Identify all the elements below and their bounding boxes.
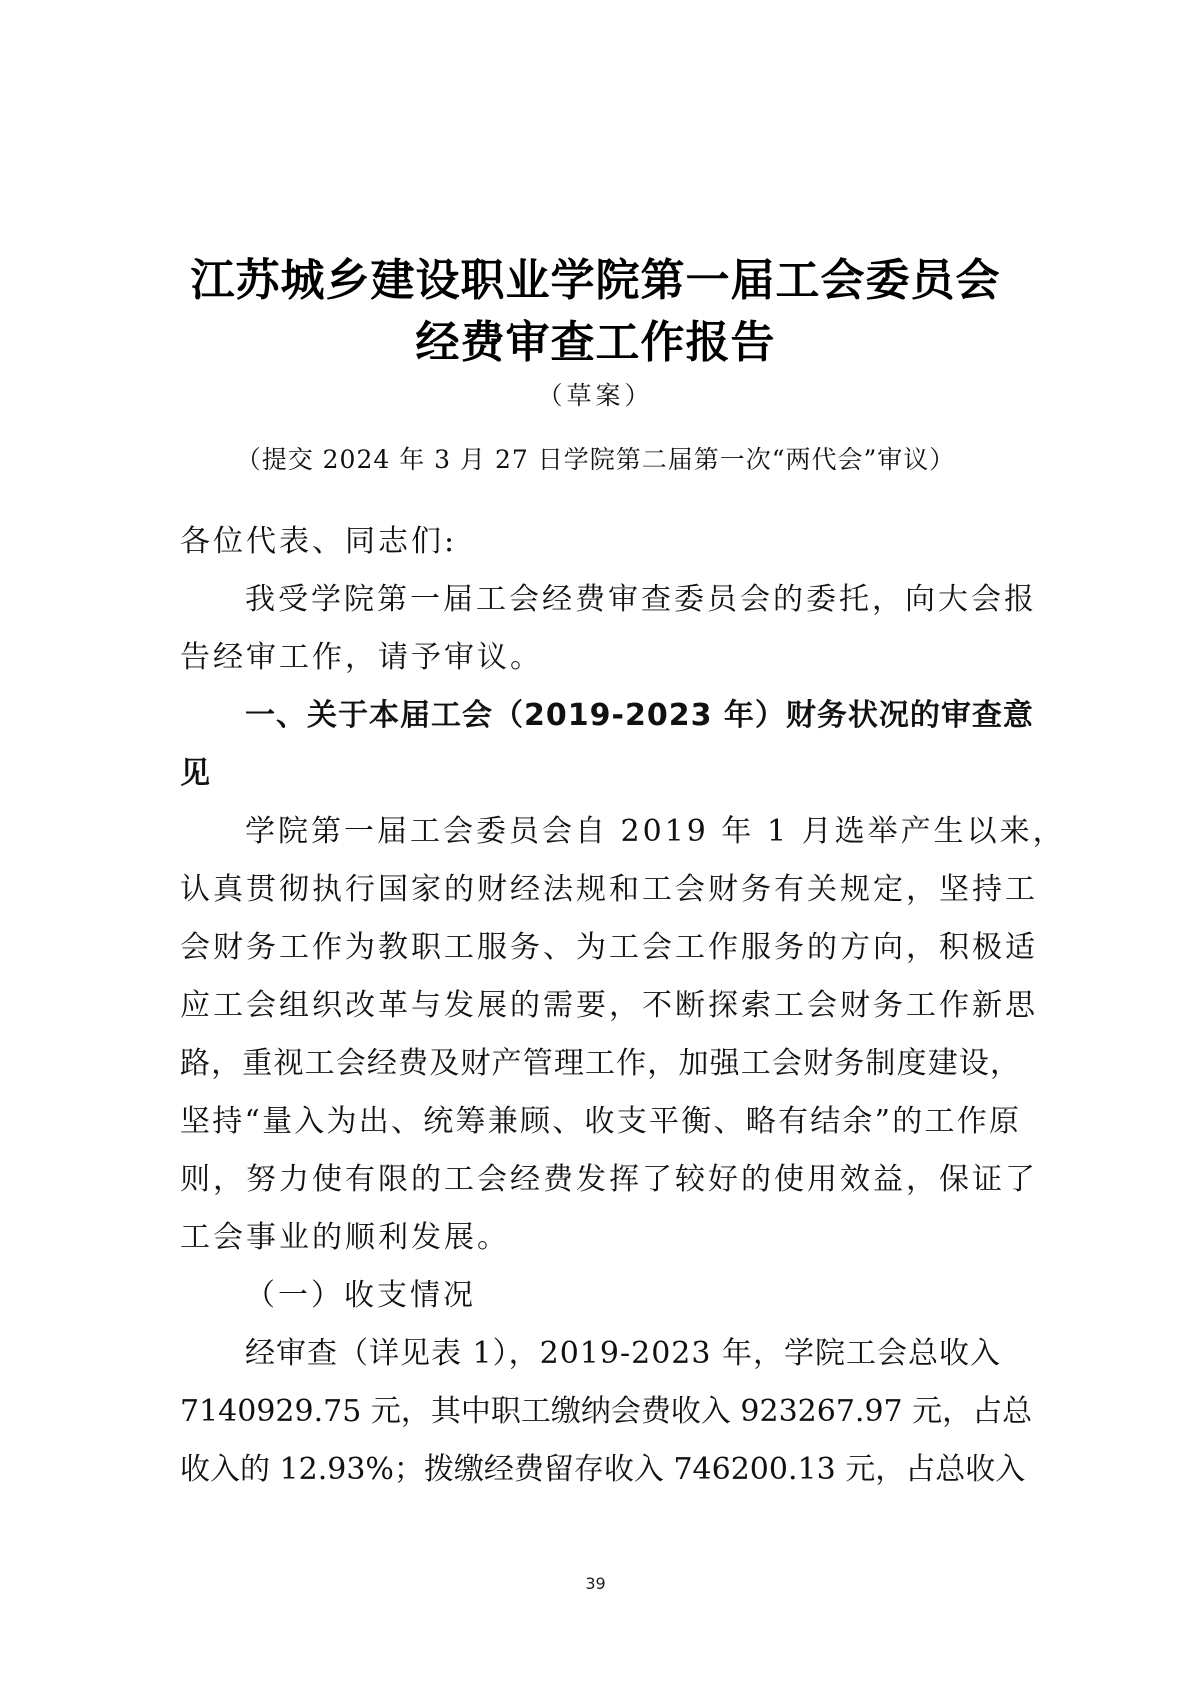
intro-line: 我受学院第一届工会经费审查委员会的委托，向大会报	[245, 580, 1020, 620]
paragraph-line: 则，努力使有限的工会经费发挥了较好的使用效益，保证了	[180, 1160, 1020, 1200]
subsection-1-heading: （一）收支情况	[245, 1276, 1085, 1316]
submission-note: （提交 2024 年 3 月 27 日学院第二届第一次“两代会”审议）	[0, 440, 1191, 476]
paragraph-line: 应工会组织改革与发展的需要，不断探索工会财务工作新思	[180, 986, 1020, 1026]
page-number: 39	[0, 1574, 1191, 1593]
section-1-heading: 见	[180, 754, 1020, 794]
document-title-line-1: 江苏城乡建设职业学院第一届工会委员会	[0, 244, 1191, 308]
paragraph-line: 经审查（详见表 1），2019-2023 年，学院工会总收入	[245, 1334, 935, 1374]
paragraph-line: 7140929.75 元，其中职工缴纳会费收入 923267.97 元，占总	[180, 1392, 1020, 1432]
paragraph-line: 会财务工作为教职工服务、为工会工作服务的方向，积极适	[180, 928, 1020, 968]
paragraph-line: 认真贯彻执行国家的财经法规和工会财务有关规定，坚持工	[180, 870, 1020, 910]
paragraph-line: 工会事业的顺利发展。	[180, 1218, 1020, 1258]
section-1-heading: 一、关于本届工会（2019-2023 年）财务状况的审查意	[245, 696, 1005, 736]
document-page: 江苏城乡建设职业学院第一届工会委员会 经费审查工作报告 （草案） （提交 202…	[0, 0, 1191, 1684]
paragraph-line: 路，重视工会经费及财产管理工作，加强工会财务制度建设，	[180, 1044, 1020, 1084]
paragraph-line: 坚持“量入为出、统筹兼顾、收支平衡、略有结余”的工作原	[180, 1102, 1020, 1142]
salutation: 各位代表、同志们:	[180, 522, 1020, 562]
intro-line: 告经审工作，请予审议。	[180, 638, 1020, 678]
paragraph-line: 学院第一届工会委员会自 2019 年 1 月选举产生以来，	[245, 812, 970, 852]
document-title-line-2: 经费审查工作报告	[0, 306, 1191, 370]
paragraph-line: 收入的 12.93%；拨缴经费留存收入 746200.13 元，占总收入	[180, 1450, 1020, 1490]
draft-label: （草案）	[0, 376, 1191, 412]
